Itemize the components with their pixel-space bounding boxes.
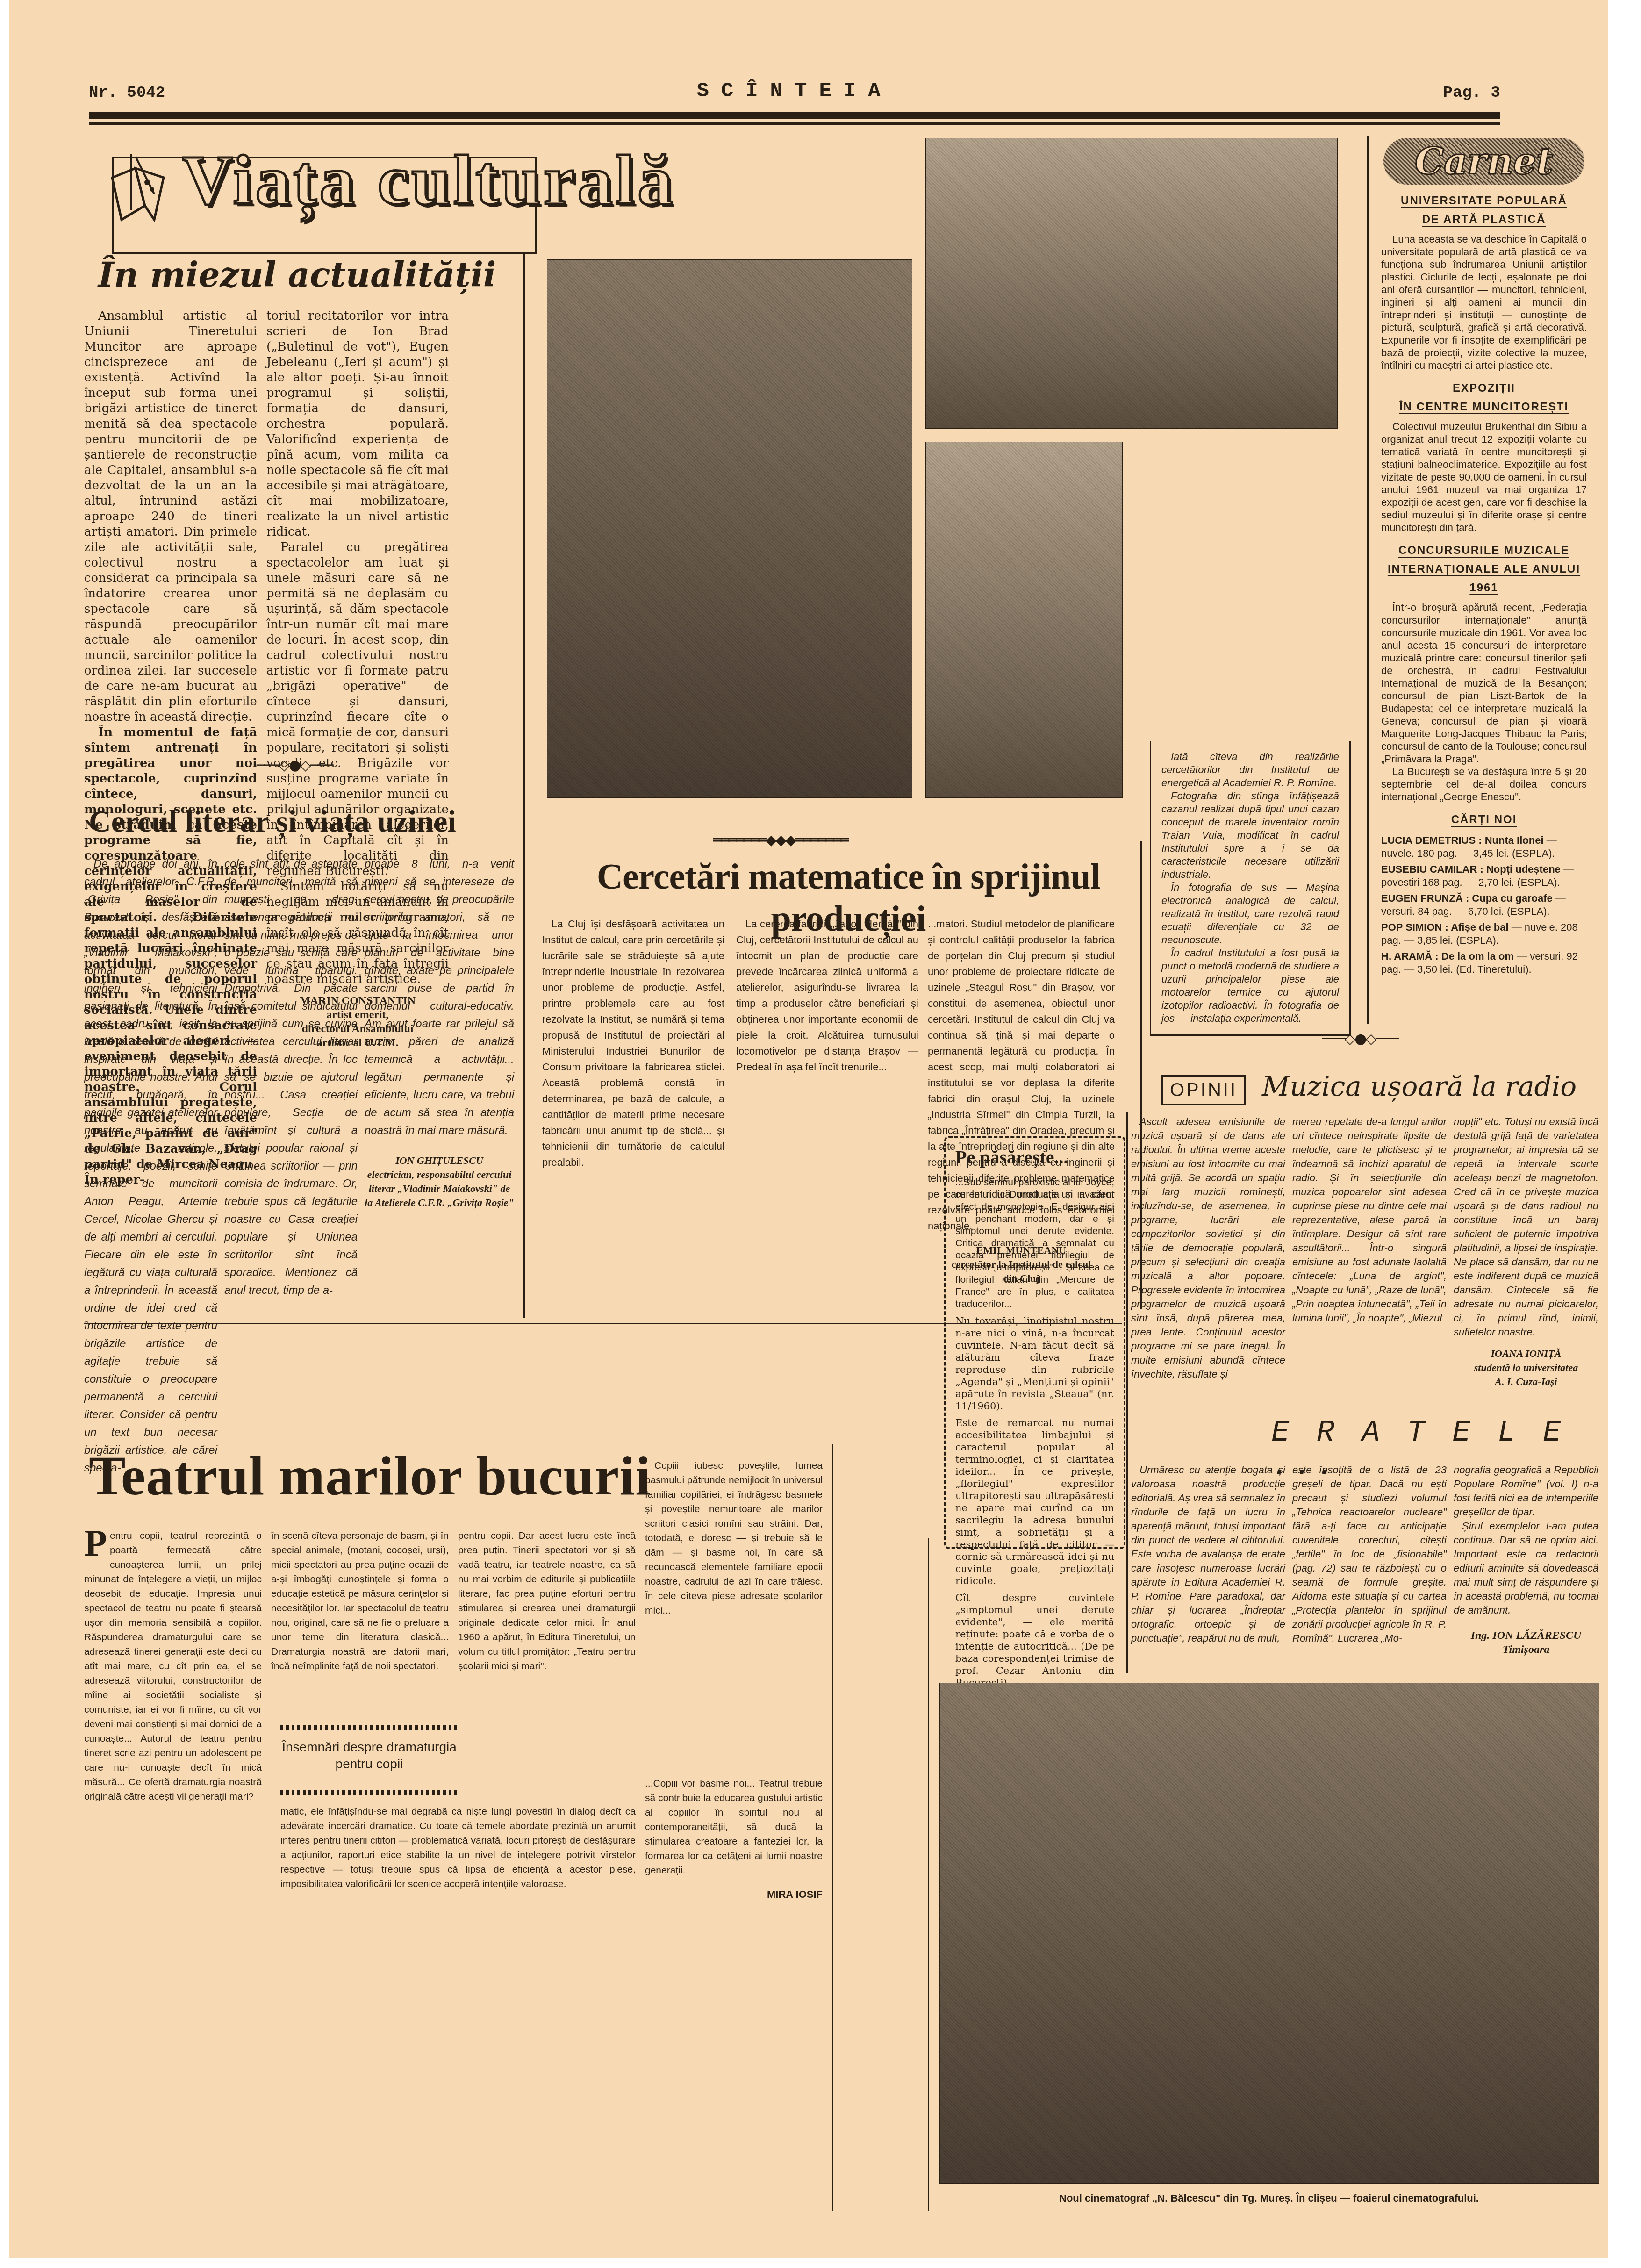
photo-boiler xyxy=(547,259,912,798)
teatrul-col5: ...Copiii vor basme noi... Teatrul trebu… xyxy=(645,1776,823,1902)
book-title: Nunta Ilonei xyxy=(1485,834,1544,846)
opinii-col3: nopții" etc. Totuși nu există încă destu… xyxy=(1454,1115,1598,1389)
headline-cercul: Cercul literar și viața uzinei xyxy=(89,804,456,840)
article-cercetari-col1: La Cluj își desfășoară activitatea un In… xyxy=(542,916,724,1170)
column-divider xyxy=(523,252,525,1318)
paragraph: toriul recitatorilor vor intra scrieri d… xyxy=(266,309,449,540)
book-title: Afișe de bal xyxy=(1451,921,1508,933)
author-title: studentă la universitatea xyxy=(1454,1361,1598,1375)
book-title: Nopți udeștene xyxy=(1486,863,1561,875)
issue-number: Nr. 5042 xyxy=(89,84,165,102)
paragraph: La Cluj își desfășoară activitatea un In… xyxy=(542,916,724,1170)
article-cercul-col1: De aproape doi ani, în cadrul atelierelo… xyxy=(84,855,217,1477)
author-name: IOANA IONIȚĂ xyxy=(1454,1347,1598,1361)
photo-cinema-foyer xyxy=(939,1683,1599,2184)
paragraph: proape 8 luni, n-a venit nimeni să se in… xyxy=(365,855,514,1140)
wavy-separator xyxy=(280,1725,458,1730)
ornament-divider: ═══════◆◆◆═══════ xyxy=(617,832,944,848)
masthead-rule xyxy=(89,112,1500,119)
masthead: Nr. 5042 SCÎNTEIA Pag. 3 xyxy=(89,79,1500,112)
section-rule xyxy=(84,1323,1122,1324)
paragraph: ...Sub semnul paroxistic al lui Joyce, c… xyxy=(955,1177,1114,1310)
author-name: MIRA IOSIF xyxy=(645,1887,823,1902)
paragraph: Nu tovarăși, linotipistul nostru n-are n… xyxy=(955,1315,1114,1412)
masthead-rule-thin xyxy=(89,122,1500,125)
byline: IOANA IONIȚĂ studentă la universitatea A… xyxy=(1454,1347,1598,1389)
caption-paragraph: Fotografia din stînga înfățișează cazanu… xyxy=(1161,789,1339,881)
pe-pasareste-box: Pe păsărește... ...Sub semnul paroxistic… xyxy=(944,1136,1125,1549)
paragraph: mereu repetate de-a lungul anilor ori cî… xyxy=(1292,1115,1447,1325)
carnet-heading: UNIVERSITATE POPULARĂ xyxy=(1381,192,1587,210)
article-cercul-col2: cole sînt atît de așteptate de muncitori… xyxy=(224,855,358,1299)
caption-paragraph: Iată cîteva din realizările cercetătoril… xyxy=(1161,750,1339,789)
carnet-badge: Carnet xyxy=(1383,138,1584,185)
carnet-heading: INTERNAȚIONALE ALE ANULUI 1961 xyxy=(1381,560,1587,597)
book-author: EUGEN FRUNZĂ xyxy=(1381,892,1463,904)
section-banner-title: Viața culturală xyxy=(182,140,675,221)
paragraph: Cît despre cuvintele „simptomul unei der… xyxy=(955,1592,1114,1689)
headline-opinii: Muzica ușoară la radio xyxy=(1262,1070,1577,1102)
paragraph: în scenă cîteva personaje de basm, și în… xyxy=(271,1529,449,1673)
photo-analog-computer xyxy=(925,138,1338,429)
pe-pasareste-body: ...Sub semnul paroxistic al lui Joyce, c… xyxy=(955,1177,1114,1689)
carnet-body: Într-o broșură apărută recent, „Federați… xyxy=(1381,601,1587,765)
paragraph: nopții" etc. Totuși nu există încă destu… xyxy=(1454,1115,1598,1339)
open-book-palette-icon xyxy=(103,150,178,234)
carnet-column: UNIVERSITATE POPULARĂ DE ARTĂ PLASTICĂ L… xyxy=(1381,192,1587,979)
newspaper-name: SCÎNTEIA xyxy=(696,79,892,103)
eratele-col2: este însoțită de o listă de 23 greșeli d… xyxy=(1292,1463,1447,1645)
headline-teatrul: Teatrul marilor bucurii xyxy=(89,1444,651,1508)
paragraph: La cererea fabricii „Janos Herbák" din C… xyxy=(736,916,918,1075)
paragraph: Copiii iubesc poveștile, lumea basmului … xyxy=(645,1458,823,1618)
teatrul-col4: Copiii iubesc poveștile, lumea basmului … xyxy=(645,1458,823,1618)
paragraph: nografia geografică a Republicii Popular… xyxy=(1454,1463,1598,1519)
headline-actualitate: În miezul actualității xyxy=(98,255,496,294)
book-entry: H. ARAMĂ : De la om la om — versuri. 92 … xyxy=(1381,950,1587,976)
eratele-col3: nografia geografică a Republicii Popular… xyxy=(1454,1463,1598,1657)
book-entry: EUGEN FRUNZĂ : Cupa cu garoafe — versuri… xyxy=(1381,892,1587,918)
article-cercetari-col2: La cererea fabricii „Janos Herbák" din C… xyxy=(736,916,918,1075)
paragraph: entru copii, teatrul reprezintă o poartă… xyxy=(84,1530,262,1802)
byline: ION GHIȚULESCU electrician, responsabilu… xyxy=(365,1154,514,1210)
column-divider xyxy=(1367,136,1369,1024)
ornament-divider: ───◇●◇─── xyxy=(215,757,374,774)
wavy-separator xyxy=(280,1790,458,1795)
author-name: ION GHIȚULESCU xyxy=(365,1154,514,1168)
column-divider xyxy=(1126,1112,1128,1673)
paragraph: Urmăresc cu atenție bogata și valoroasa … xyxy=(1131,1463,1285,1645)
carnet-body: Colectivul muzeului Brukenthal din Sibiu… xyxy=(1381,420,1587,534)
carnet-badge-label: Carnet xyxy=(1415,140,1553,183)
teatrul-col1: P entru copii, teatrul reprezintă o poar… xyxy=(84,1529,262,1804)
book-entry: LUCIA DEMETRIUS : Nunta Ilonei — nuvele.… xyxy=(1381,834,1587,860)
teatrul-col3: pentru copii. Dar acest lucru este încă … xyxy=(458,1529,636,1673)
column-divider xyxy=(832,1444,833,2211)
pe-pasareste-title: Pe păsărește... xyxy=(955,1146,1114,1168)
eratele-col1: Urmăresc cu atenție bogata și valoroasa … xyxy=(1131,1463,1285,1645)
teatrul-inset-body: matic, ele înfățișîndu-se mai degrabă ca… xyxy=(280,1804,636,1891)
carnet-heading: CONCURSURILE MUZICALE xyxy=(1381,541,1587,560)
carnet-heading: DE ARTĂ PLASTICĂ xyxy=(1381,210,1587,229)
caption-paragraph: În cadrul Institutului a fost pusă la pu… xyxy=(1161,947,1339,1025)
author-name: Ing. ION LĂZĂRESCU xyxy=(1454,1629,1598,1643)
carnet-heading: EXPOZIȚII xyxy=(1381,379,1587,398)
opinii-col1: Ascult adesea emisiunile de muzică ușoar… xyxy=(1131,1115,1285,1381)
book-entry: POP SIMION : Afișe de bal — nuvele. 208 … xyxy=(1381,921,1587,947)
book-entry: EUSEBIU CAMILAR : Nopți udeștene — poves… xyxy=(1381,863,1587,889)
photo-caption-box: Iată cîteva din realizările cercetătoril… xyxy=(1150,741,1351,1036)
inset-title: Însemnări despre dramaturgia pentru copi… xyxy=(280,1739,458,1773)
photo-cinema-caption: Noul cinematograf „N. Bălcescu" din Tg. … xyxy=(939,2192,1598,2204)
carnet-body: La București se va desfășura între 5 și … xyxy=(1381,765,1587,803)
paragraph: Este de remarcat nu numai accesibilitate… xyxy=(955,1417,1114,1587)
paragraph: De aproape doi ani, în cadrul atelierelo… xyxy=(84,855,217,1477)
dropcap: P xyxy=(84,1529,107,1558)
paragraph: matic, ele înfățișîndu-se mai degrabă ca… xyxy=(280,1804,636,1891)
book-title: Cupa cu garoafe xyxy=(1472,892,1552,904)
author-title: A. I. Cuza-Iași xyxy=(1454,1375,1598,1389)
carnet-body: Luna aceasta se va deschide în Capitală … xyxy=(1381,233,1587,372)
author-city: Timișoara xyxy=(1454,1643,1598,1657)
book-title: De la om la om xyxy=(1441,950,1514,962)
carnet-heading: CĂRȚI NOI xyxy=(1381,811,1587,829)
book-author: LUCIA DEMETRIUS xyxy=(1381,834,1476,846)
ornament-divider: ───◇●◇─── xyxy=(1271,1031,1449,1047)
book-author: POP SIMION xyxy=(1381,921,1442,933)
article-cercul-col3: proape 8 luni, n-a venit nimeni să se in… xyxy=(365,855,514,1210)
book-author: EUSEBIU CAMILAR xyxy=(1381,863,1477,875)
byline: Ing. ION LĂZĂRESCU Timișoara xyxy=(1454,1629,1598,1657)
paragraph: Ascult adesea emisiunile de muzică ușoar… xyxy=(1131,1115,1285,1381)
paragraph: Șirul exemplelor l-am putea continua. Da… xyxy=(1454,1519,1598,1617)
newspaper-page: Nr. 5042 SCÎNTEIA Pag. 3 Viața culturală… xyxy=(9,0,1608,2258)
caption-paragraph: În fotografia de sus — Mașina electronic… xyxy=(1161,881,1339,947)
page-number: Pag. 3 xyxy=(1443,84,1500,102)
opinii-col2: mereu repetate de-a lungul anilor ori cî… xyxy=(1292,1115,1447,1325)
column-divider xyxy=(928,1538,929,2211)
paragraph: Ansamblul artistic al Uniunii Tineretulu… xyxy=(84,309,257,725)
paragraph: ...Copiii vor basme noi... Teatrul trebu… xyxy=(645,1776,823,1878)
paragraph: pentru copii. Dar acest lucru este încă … xyxy=(458,1529,636,1673)
book-author: H. ARAMĂ xyxy=(1381,950,1432,962)
paragraph: cole sînt atît de așteptate de muncitori… xyxy=(224,855,358,1299)
author-title: electrician, responsabilul cercului lite… xyxy=(365,1168,514,1210)
photo-experimental-installation xyxy=(925,442,1123,798)
carnet-heading: ÎN CENTRE MUNCITOREȘTI xyxy=(1381,398,1587,416)
teatrul-col2: în scenă cîteva personaje de basm, și în… xyxy=(271,1529,449,1673)
paragraph: este însoțită de o listă de 23 greșeli d… xyxy=(1292,1463,1447,1645)
opinii-badge: OPINII xyxy=(1161,1075,1246,1105)
